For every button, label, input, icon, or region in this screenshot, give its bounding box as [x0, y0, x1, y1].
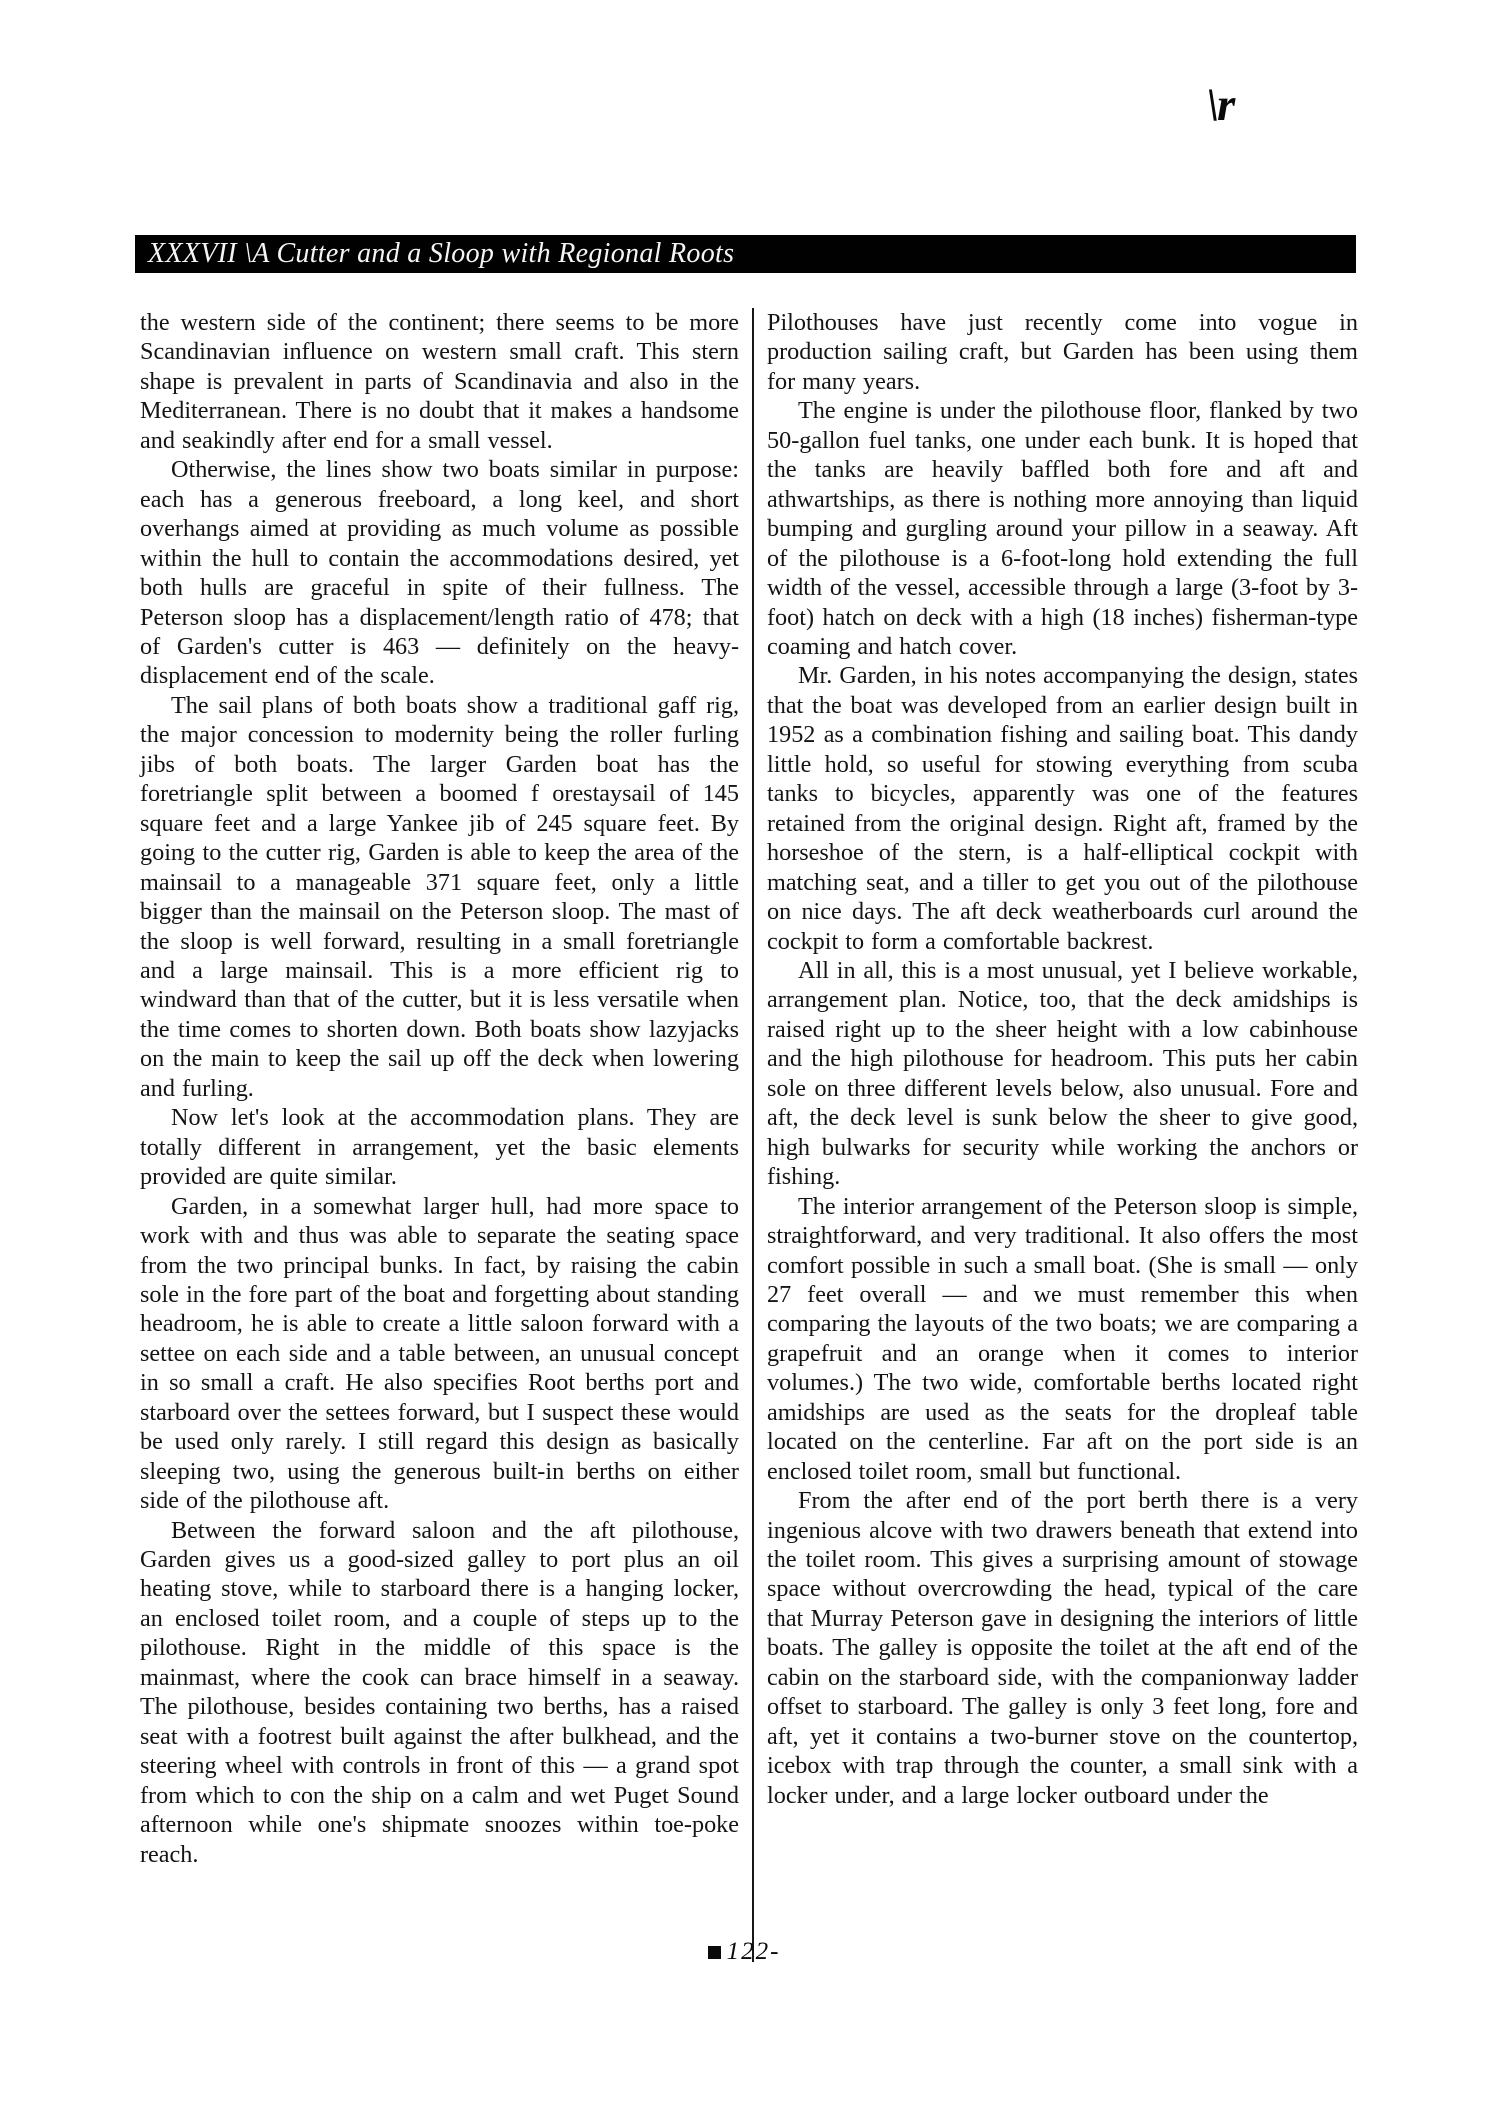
chapter-header-bar: XXXVII \A Cutter and a Sloop with Region…: [135, 235, 1356, 273]
chapter-title: XXXVII \A Cutter and a Sloop with Region…: [135, 238, 734, 270]
corner-mark: \r: [1206, 78, 1233, 132]
paragraph: All in all, this is a most unusual, yet …: [767, 956, 1358, 1192]
paragraph: Mr. Garden, in his notes accompanying th…: [767, 661, 1358, 956]
paragraph: Garden, in a somewhat larger hull, had m…: [140, 1192, 739, 1516]
paragraph: Otherwise, the lines show two boats simi…: [140, 455, 739, 691]
paragraph: The interior arrangement of the Peterson…: [767, 1192, 1358, 1487]
paragraph: Between the forward saloon and the aft p…: [140, 1516, 739, 1869]
page-number: 122-: [727, 1938, 781, 1965]
left-text-column: the western side of the continent; there…: [140, 308, 739, 1869]
right-text-column: Pilothouses have just recently come into…: [767, 308, 1358, 1810]
paragraph: The engine is under the pilothouse floor…: [767, 396, 1358, 661]
paragraph: From the after end of the port berth the…: [767, 1486, 1358, 1810]
column-divider-rule: [752, 308, 754, 1962]
paragraph: Now let's look at the accommodation plan…: [140, 1103, 739, 1191]
paragraph: the western side of the continent; there…: [140, 308, 739, 455]
paragraph: The sail plans of both boats show a trad…: [140, 691, 739, 1103]
book-page: \r XXXVII \A Cutter and a Sloop with Reg…: [0, 0, 1488, 2105]
page-footer: 122-: [0, 1938, 1488, 1966]
paragraph: Pilothouses have just recently come into…: [767, 308, 1358, 396]
footer-square-icon: [708, 1946, 721, 1959]
